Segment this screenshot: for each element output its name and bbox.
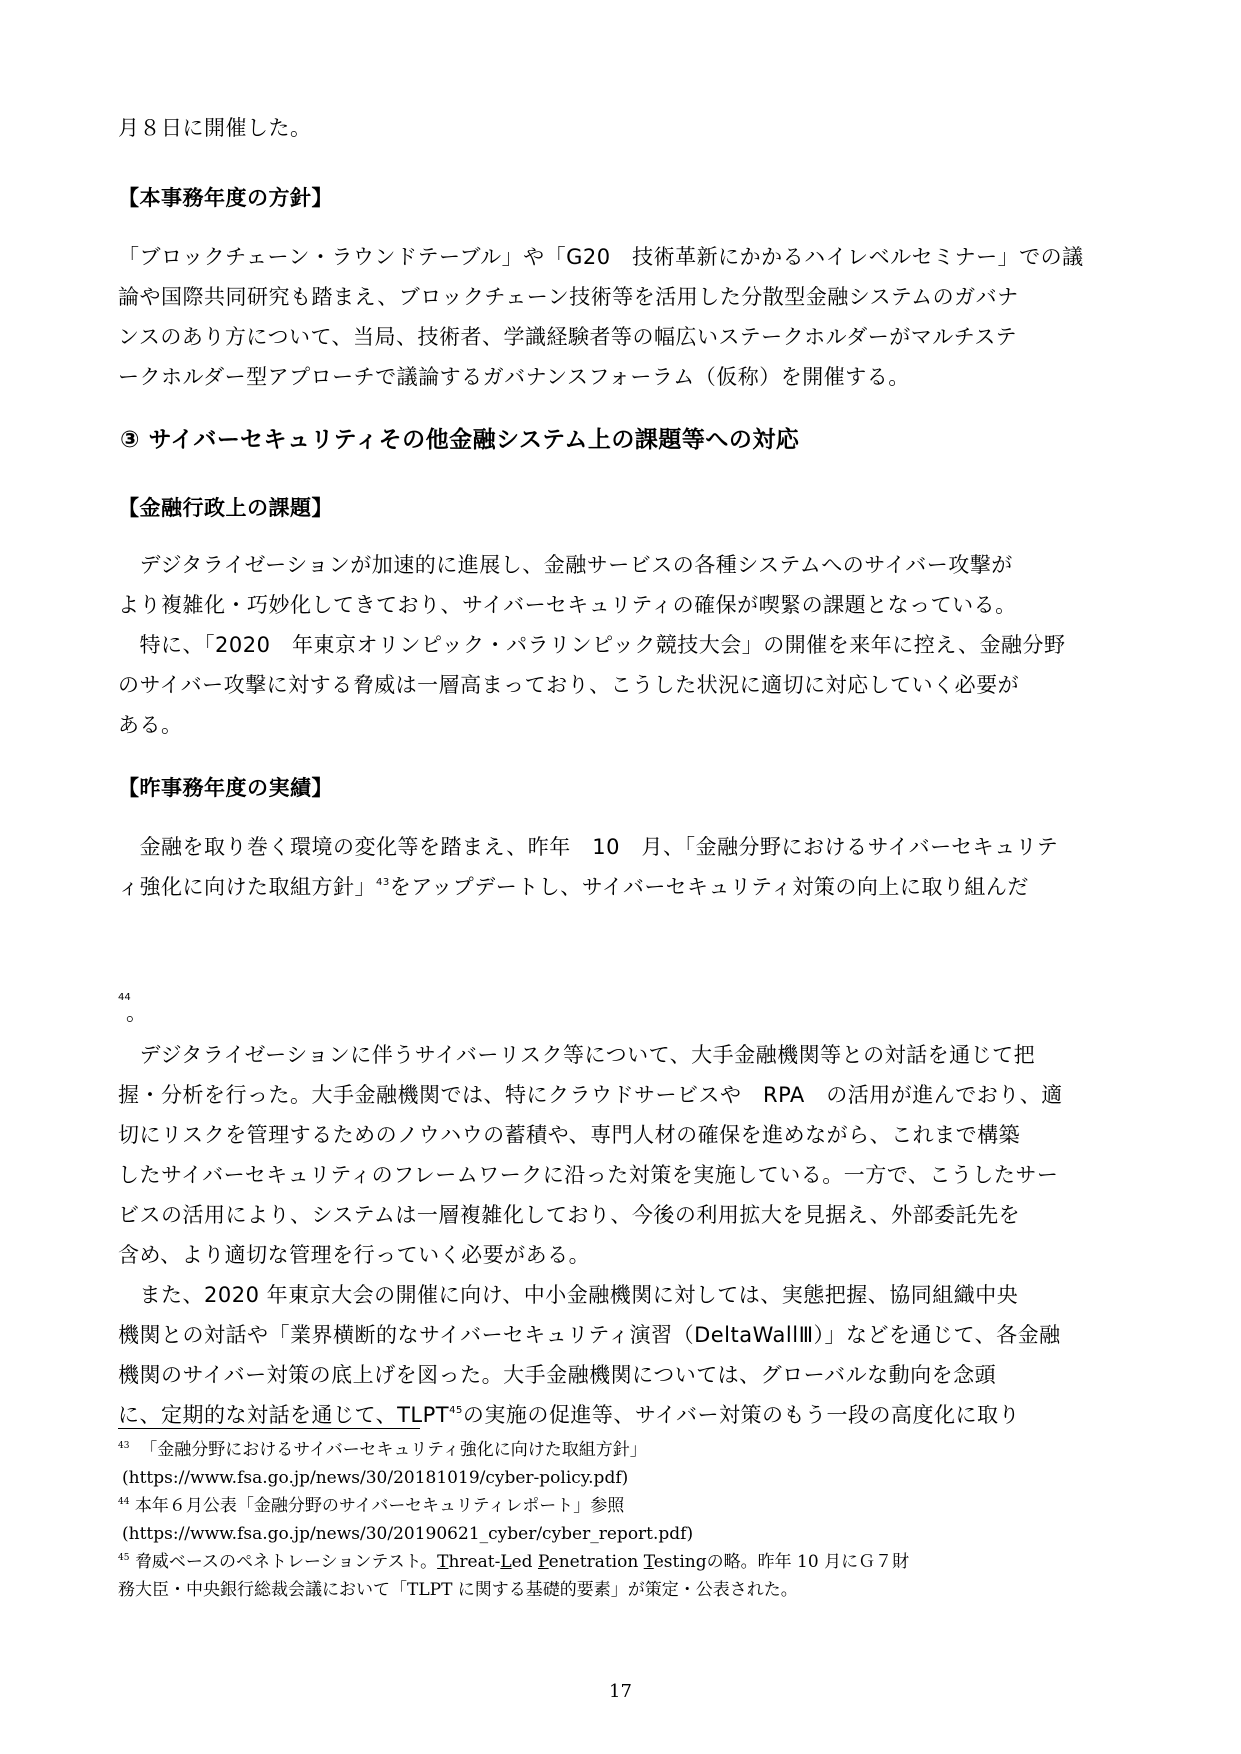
- paragraph-line: ンスのあり方について、当局、技術者、学識経験者等の幅広いステークホルダーがマルチ…: [118, 322, 1017, 352]
- underlined-letter: P: [538, 1552, 549, 1572]
- paragraph-line: デジタライゼーションに伴うサイバーリスク等について、大手金融機関等との対話を通じ…: [118, 1040, 1035, 1070]
- paragraph-line: 特に、「2020 年東京オリンピック・パラリンピック競技大会」の開催を来年に控え…: [118, 630, 1066, 660]
- paragraph-line: したサイバーセキュリティのフレームワークに沿った対策を実施している。一方で、こう…: [118, 1160, 1058, 1190]
- paragraph-line: 論や国際共同研究も踏まえ、ブロックチェーン技術等を活用した分散型金融システムのガ…: [118, 282, 1019, 312]
- footnote-43: 43 「金融分野におけるサイバーセキュリティ強化に向けた取組方針」: [118, 1436, 647, 1464]
- text-segment: ィ強化に向けた取組方針」: [118, 875, 376, 899]
- text-segment: 。: [126, 998, 147, 1028]
- footnote-number: 45: [118, 1553, 129, 1563]
- page-number: 17: [0, 1681, 1241, 1702]
- footnote-44-url[interactable]: (https://www.fsa.go.jp/news/30/20190621_…: [122, 1520, 693, 1548]
- paragraph-line: 含め、より適切な管理を行っていく必要がある。: [118, 1240, 590, 1270]
- footnote-number: 43: [118, 1441, 129, 1451]
- paragraph-line: 機関との対話や「業界横断的なサイバーセキュリティ演習（DeltaWallⅢ）」な…: [118, 1320, 1061, 1350]
- footnote-text: 本年６月公表「金融分野のサイバーセキュリティレポート」参照: [135, 1496, 624, 1516]
- paragraph-line: より複雑化・巧妙化してきており、サイバーセキュリティの確保が喫緊の課題となってい…: [118, 590, 1017, 620]
- issues-heading: 【金融行政上の課題】: [118, 493, 333, 523]
- underlined-letter: T: [644, 1552, 654, 1572]
- footnote-ref-43[interactable]: 43: [376, 877, 390, 888]
- paragraph-line: 金融を取り巻く環境の変化等を踏まえ、昨年 10 月、「金融分野におけるサイバーセ…: [118, 832, 1058, 862]
- paragraph-line: 握・分析を行った。大手金融機関では、特にクラウドサービスや RPA の活用が進ん…: [118, 1080, 1063, 1110]
- paragraph-line: デジタライゼーションが加速的に進展し、金融サービスの各種システムへのサイバー攻撃…: [118, 550, 1013, 580]
- text-segment: enetration: [549, 1552, 644, 1572]
- text-segment: esting: [654, 1552, 707, 1572]
- paragraph-line: ある。: [118, 710, 183, 740]
- text-segment: に、定期的な対話を通じて、TLPT: [118, 1403, 449, 1427]
- footnote-43-url[interactable]: (https://www.fsa.go.jp/news/30/20181019/…: [122, 1464, 628, 1492]
- results-heading: 【昨事務年度の実績】: [118, 773, 333, 803]
- footnote-text: 「金融分野におけるサイバーセキュリティ強化に向けた取組方針」: [140, 1440, 646, 1460]
- text-segment: の実施の促進等、サイバー対策のもう一段の高度化に取り: [463, 1403, 1020, 1427]
- paragraph-line: ィ強化に向けた取組方針」43をアップデートし、サイバーセキュリティ対策の向上に取…: [118, 872, 1029, 902]
- text-segment: hreat-: [448, 1552, 500, 1572]
- footnote-ref-45[interactable]: 45: [449, 1405, 463, 1416]
- text-segment: をアップデートし、サイバーセキュリティ対策の向上に取り組んだ: [390, 875, 1029, 899]
- underlined-letter: L: [500, 1552, 511, 1572]
- footnote-45: 45 脅威ベースのペネトレーションテスト。Threat-Led Penetrat…: [118, 1548, 909, 1576]
- paragraph-line: 「ブロックチェーン・ラウンドテーブル」や「G20 技術革新にかかるハイレベルセミ…: [118, 242, 1084, 272]
- paragraph-line: また、2020 年東京大会の開催に向け、中小金融機関に対しては、実態把握、協同組…: [118, 1280, 1018, 1310]
- text-segment: の略。昨年 10 月にＧ７財: [707, 1552, 909, 1572]
- footnote-number: 44: [118, 1497, 129, 1507]
- text-segment: ed: [512, 1552, 538, 1572]
- paragraph-line: 切にリスクを管理するためのノウハウの蓄積や、専門人材の確保を進めながら、これまで…: [118, 1120, 1020, 1150]
- continuation-text: 月８日に開催した。: [118, 113, 312, 143]
- paragraph-line: に、定期的な対話を通じて、TLPT45の実施の促進等、サイバー対策のもう一段の高…: [118, 1400, 1020, 1430]
- footnote-text: 脅威ベースのペネトレーションテスト。: [135, 1552, 437, 1572]
- paragraph-line: のサイバー攻撃に対する脅威は一層高まっており、こうした状況に適切に対応していく必…: [118, 670, 1019, 700]
- underlined-letter: T: [437, 1552, 448, 1572]
- footnote-44: 44 本年６月公表「金融分野のサイバーセキュリティレポート」参照: [118, 1492, 624, 1520]
- policy-heading: 【本事務年度の方針】: [118, 183, 333, 213]
- footnote-separator: [118, 1428, 420, 1429]
- paragraph-line: ークホルダー型アプローチで議論するガバナンスフォーラム（仮称）を開催する。: [118, 362, 910, 392]
- paragraph-line: 機関のサイバー対策の底上げを図った。大手金融機関については、グローバルな動向を念…: [118, 1360, 996, 1390]
- section-title: ③ サイバーセキュリティその他金融システム上の課題等への対応: [120, 425, 799, 455]
- paragraph-line: ビスの活用により、システムは一層複雑化しており、今後の利用拡大を見据え、外部委託…: [118, 1200, 1020, 1230]
- footnote-45-continued: 務大臣・中央銀行総裁会議において「TLPT に関する基礎的要素」が策定・公表され…: [118, 1576, 798, 1604]
